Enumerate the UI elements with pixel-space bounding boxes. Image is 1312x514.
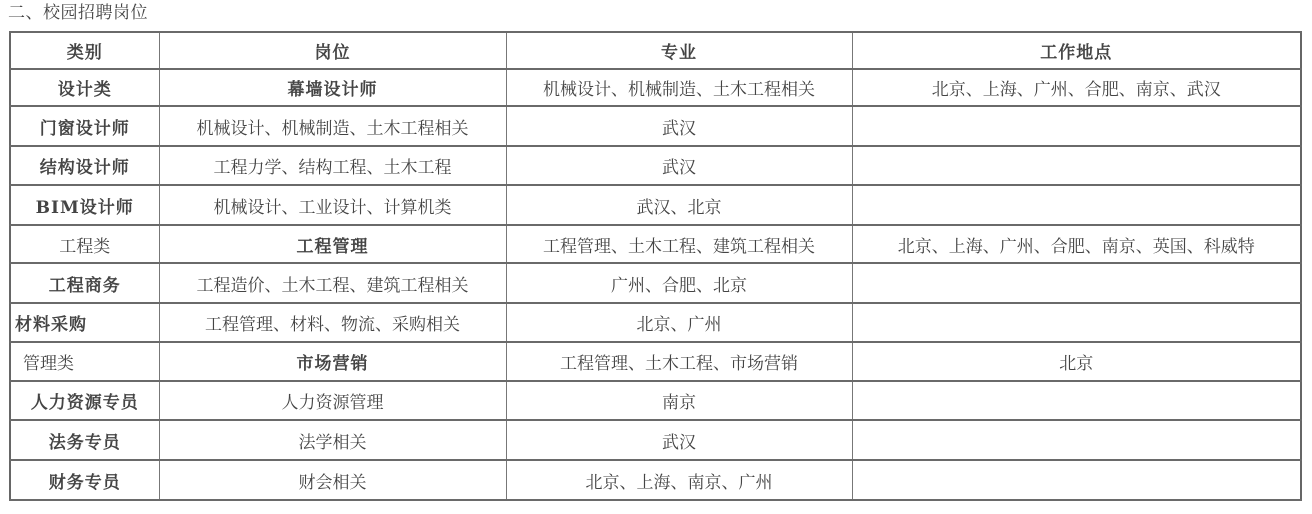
table-row: 门窗设计师 机械设计、机械制造、土木工程相关 武汉 (10, 106, 1301, 146)
cell-empty (852, 460, 1301, 500)
cell-major: 机械设计、机械制造、土木工程相关 (506, 69, 852, 106)
cell-major: 财会相关 (159, 460, 506, 500)
table-row: 人力资源专员 人力资源管理 南京 (10, 381, 1301, 420)
cell-major: 机械设计、机械制造、土木工程相关 (159, 106, 506, 146)
cell-empty (852, 185, 1301, 225)
cell-location: 北京、上海、广州、合肥、南京、武汉 (852, 69, 1301, 106)
cell-category: 工程类 (10, 225, 159, 263)
table-header-row: 类别 岗位 专业 工作地点 (10, 32, 1301, 69)
cell-major: 法学相关 (159, 420, 506, 460)
cell-location: 广州、合肥、北京 (506, 263, 852, 303)
cell-location: 武汉、北京 (506, 185, 852, 225)
header-location: 工作地点 (852, 32, 1301, 69)
cell-location: 武汉 (506, 146, 852, 185)
cell-category: 管理类 (10, 342, 159, 381)
section-heading: 二、校园招聘岗位 (8, 1, 148, 25)
table-row: 财务专员 财会相关 北京、上海、南京、广州 (10, 460, 1301, 500)
cell-major: 人力资源管理 (159, 381, 506, 420)
cell-major: 工程管理、材料、物流、采购相关 (159, 303, 506, 342)
cell-location: 北京 (852, 342, 1301, 381)
header-major: 专业 (506, 32, 852, 69)
table-row: 法务专员 法学相关 武汉 (10, 420, 1301, 460)
cell-location: 武汉 (506, 420, 852, 460)
table-row: 结构设计师 工程力学、结构工程、土木工程 武汉 (10, 146, 1301, 185)
cell-position: 法务专员 (10, 420, 159, 460)
cell-major: 工程造价、土木工程、建筑工程相关 (159, 263, 506, 303)
cell-location: 南京 (506, 381, 852, 420)
cell-position: 工程商务 (10, 263, 159, 303)
cell-location: 北京、上海、南京、广州 (506, 460, 852, 500)
cell-position: 结构设计师 (10, 146, 159, 185)
cell-major: 机械设计、工业设计、计算机类 (159, 185, 506, 225)
cell-empty (852, 106, 1301, 146)
cell-position: 财务专员 (10, 460, 159, 500)
cell-position: 门窗设计师 (10, 106, 159, 146)
header-category: 类别 (10, 32, 159, 69)
header-position: 岗位 (159, 32, 506, 69)
cell-category: 设计类 (10, 69, 159, 106)
table-row: 工程类 工程管理 工程管理、土木工程、建筑工程相关 北京、上海、广州、合肥、南京… (10, 225, 1301, 263)
cell-empty (852, 381, 1301, 420)
table-row: 管理类 市场营销 工程管理、土木工程、市场营销 北京 (10, 342, 1301, 381)
cell-position: 材料采购 (10, 303, 159, 342)
cell-major: 工程管理、土木工程、市场营销 (506, 342, 852, 381)
table-row: 材料采购 工程管理、材料、物流、采购相关 北京、广州 (10, 303, 1301, 342)
cell-position: 市场营销 (159, 342, 506, 381)
cell-major: 工程力学、结构工程、土木工程 (159, 146, 506, 185)
cell-position: 幕墙设计师 (159, 69, 506, 106)
cell-position: BIM设计师 (10, 185, 159, 225)
cell-empty (852, 303, 1301, 342)
cell-location: 北京、上海、广州、合肥、南京、英国、科威特 (852, 225, 1301, 263)
cell-location: 北京、广州 (506, 303, 852, 342)
cell-empty (852, 263, 1301, 303)
cell-position: 工程管理 (159, 225, 506, 263)
campus-recruitment-table: 类别 岗位 专业 工作地点 设计类 幕墙设计师 机械设计、机械制造、土木工程相关… (9, 31, 1302, 501)
cell-empty (852, 420, 1301, 460)
cell-empty (852, 146, 1301, 185)
cell-location: 武汉 (506, 106, 852, 146)
table-row: BIM设计师 机械设计、工业设计、计算机类 武汉、北京 (10, 185, 1301, 225)
cell-major: 工程管理、土木工程、建筑工程相关 (506, 225, 852, 263)
table-row: 工程商务 工程造价、土木工程、建筑工程相关 广州、合肥、北京 (10, 263, 1301, 303)
cell-position: 人力资源专员 (10, 381, 159, 420)
table-row: 设计类 幕墙设计师 机械设计、机械制造、土木工程相关 北京、上海、广州、合肥、南… (10, 69, 1301, 106)
